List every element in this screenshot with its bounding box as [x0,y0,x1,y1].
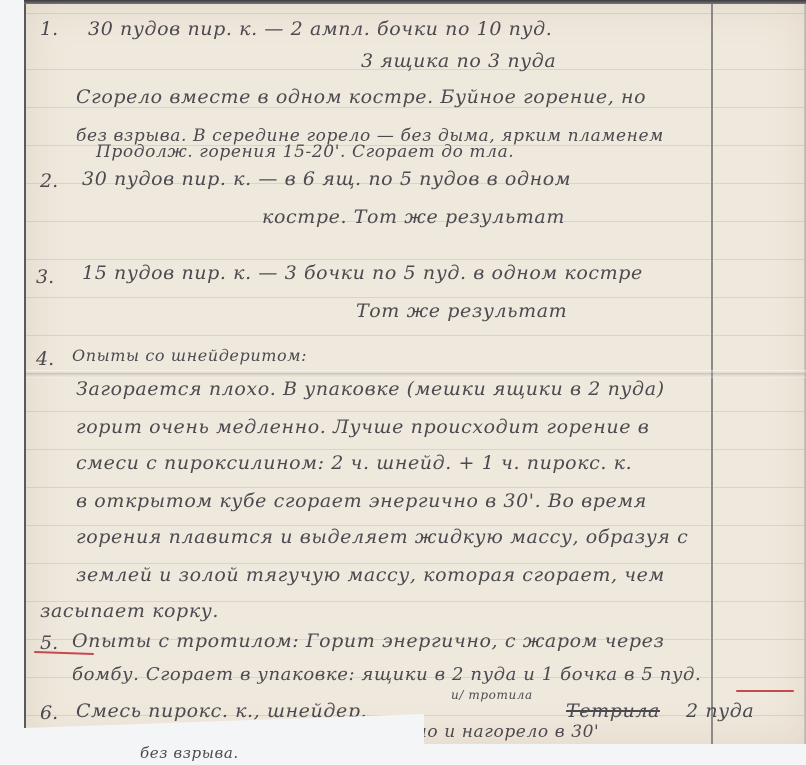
entry-4-line-1: Опыты со шнейдеритом: [72,346,307,365]
entry-number-3: 3. [36,266,54,288]
notebook-page: 1. 30 пудов пир. к. — 2 ампл. бочки по 1… [24,4,806,744]
entry-6-superscript: и/ тротила [451,688,533,702]
entry-3-line-2: Тот же результат [356,300,567,322]
entry-1-line-3: Сгорело вместе в одном костре. Буйное го… [76,86,646,108]
entry-4-line-8: засыпает корку. [40,600,219,622]
entry-1-line-1: 30 пудов пир. к. — 2 ампл. бочки по 10 п… [88,18,552,40]
entry-1-line-5: Продолж. горения 15-20'. Сгорает до тла. [96,142,514,162]
entry-5-line-2: бомбу. Сгорает в упаковке: ящики в 2 пуд… [72,664,701,685]
entry-number-4: 4. [36,348,54,370]
fold-crease [26,370,806,378]
entry-number-2: 2. [40,170,58,192]
entry-3-line-1: 15 пудов пир. к. — 3 бочки по 5 пуд. в о… [82,262,643,284]
entry-4-line-2: Загорается плохо. В упаковке (мешки ящик… [76,378,665,400]
entry-2-line-2: костре. Тот же результат [262,206,565,228]
entry-4-line-4: смеси с пироксилином: 2 ч. шнейд. + 1 ч.… [76,452,632,474]
entry-4-line-3: горит очень медленно. Лучше происходит г… [76,416,649,438]
entry-6-struck-word: Тетрила [566,700,660,722]
entry-6-amount: 2 пуда [686,700,754,722]
entry-4-line-7: землей и золой тягучую массу, которая сг… [76,564,665,586]
entry-5-line-1: Опыты с тротилом: Горит энергично, с жар… [72,630,664,652]
entry-number-6: 6. [40,702,58,724]
entry-4-line-5: в открытом кубе сгорает энергично в 30'.… [76,490,647,512]
entry-1-line-2: 3 ящика по 3 пуда [361,50,556,72]
entry-4-line-6: горения плавится и выделяет жидкую массу… [76,526,688,548]
entry-6-line-3: без взрыва. [140,744,239,762]
entry-number-1: 1. [40,18,58,40]
entry-2-line-1: 30 пудов пир. к. — в 6 ящ. по 5 пудов в … [82,168,571,190]
red-underline-5-pud [736,690,794,692]
